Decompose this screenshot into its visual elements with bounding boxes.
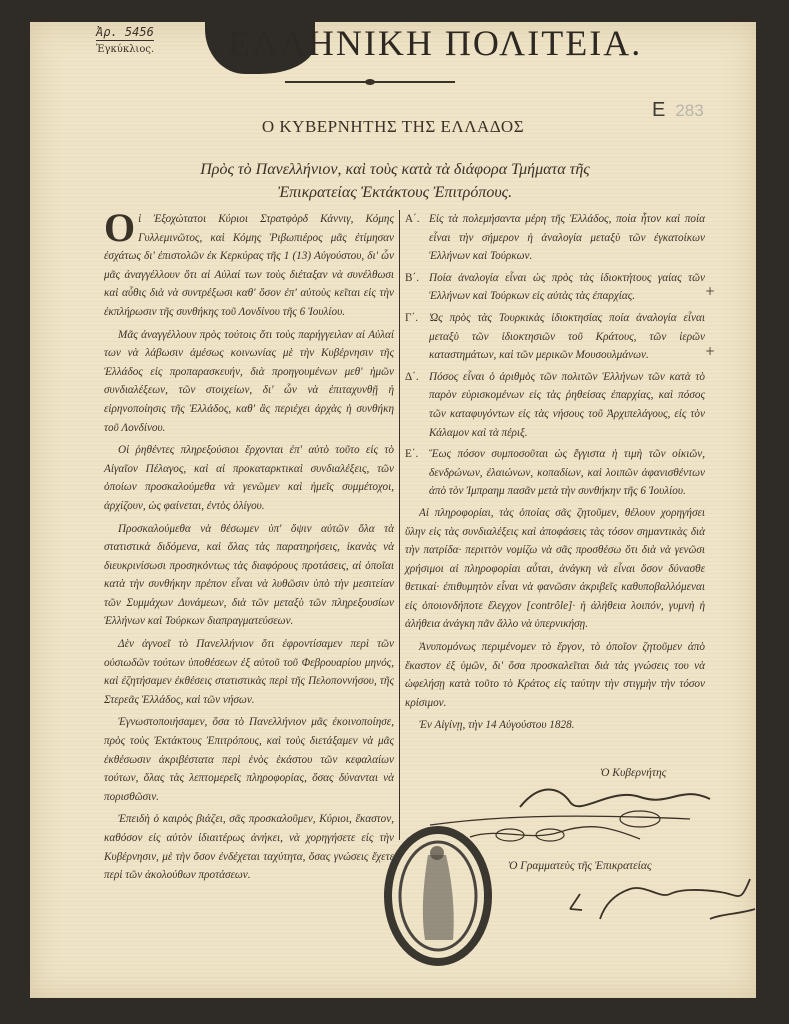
masthead-title: ΕΛΛΗΝΙΚΗ ΠΟΛΙΤΕΙΑ. <box>185 22 685 64</box>
paragraph: Οἱ Ἐξοχώτατοι Κύριοι Στρατφὸρδ Κάννιγ, Κ… <box>104 210 394 322</box>
reference-label: Ἐγκύκλιος. <box>96 44 154 55</box>
address-block: Πρὸς τὸ Πανελλήνιον, καὶ τοὺς κατὰ τὰ δι… <box>90 158 700 204</box>
address-line-2: Ἐπικρατείας Ἐκτάκτους Ἐπιτρόπους. <box>90 181 700 204</box>
paragraph: Ἐπειδὴ ὁ καιρὸς βιάζει, σᾶς προσκαλοῦμεν… <box>104 810 394 884</box>
question-item: Α΄.Εἰς τὰ πολεμήσαντα μέρη τῆς Ἑλλάδος, … <box>405 210 705 266</box>
left-column: Οἱ Ἐξοχώτατοι Κύριοι Στρατφὸρδ Κάννιγ, Κ… <box>104 210 394 889</box>
right-column: Α΄.Εἰς τὰ πολεμήσαντα μέρη τῆς Ἑλλάδος, … <box>405 210 705 739</box>
paragraph: Αἱ πληροφορίαι, τὰς ὁποίας σᾶς ζητοῦμεν,… <box>405 504 705 634</box>
reference-number: Ἀρ. 5456 <box>96 25 154 41</box>
column-divider <box>399 210 400 840</box>
secretary-title: Ὁ Γραμματεὺς τῆς Ἐπικρατείας <box>508 860 652 872</box>
paragraph: Μᾶς ἀναγγέλλουν πρὸς τούτοις ὅτι τοὺς πα… <box>104 326 394 438</box>
address-line-1: Πρὸς τὸ Πανελλήνιον, καὶ τοὺς κατὰ τὰ δι… <box>90 158 700 181</box>
document-heading: Ο ΚΥΒΕΡΝΗΤΗΣ ΤΗΣ ΕΛΛΑΔΟΣ <box>30 117 756 137</box>
drop-cap: Ο <box>104 212 135 244</box>
paragraph: Οἱ ῥηθέντες πληρεξούσιοι ἔρχονται ἐπ' αὐ… <box>104 441 394 515</box>
margin-mark: + <box>705 284 715 298</box>
paragraph: Προσκαλούμεθα νὰ θέσωμεν ὑπ' ὄψιν αὐτῶν … <box>104 520 394 632</box>
margin-mark: + <box>705 344 715 358</box>
document-page: Ἀρ. 5456 Ἐγκύκλιος. ΕΛΛΗΝΙΚΗ ΠΟΛΙΤΕΙΑ. E… <box>30 22 756 998</box>
date-line: Ἐν Αἰγίνῃ, τὴν 14 Αὐγούστου 1828. <box>405 716 705 735</box>
question-item: Β΄.Ποία ἀναλογία εἶναι ὡς πρὸς τὰς ἰδιοκ… <box>405 269 705 306</box>
paragraph: Δὲν ἀγνοεῖ τὸ Πανελλήνιον ὅτι ἐφροντίσαμ… <box>104 635 394 709</box>
official-seal <box>383 825 493 967</box>
paragraph: Ἐγνωστοποιήσαμεν, ὅσα τὸ Πανελλήνιον μᾶς… <box>104 713 394 806</box>
ornament-rule <box>285 81 455 83</box>
paragraph: Ἀνυπομόνως περιμένομεν τὸ ἔργον, τὸ ὁποῖ… <box>405 638 705 712</box>
secretary-signature <box>560 874 760 934</box>
question-item: Γ΄.Ὡς πρὸς τὰς Τουρκικὰς ἰδιοκτησίας ποί… <box>405 309 705 365</box>
question-item: Ε΄.Ἕως πόσον συμποσοῦται ὡς ἔγγιστα ἡ τι… <box>405 445 705 501</box>
question-item: Δ΄.Πόσος εἶναι ὁ ἀριθμὸς τῶν πολιτῶν Ἑλλ… <box>405 368 705 442</box>
